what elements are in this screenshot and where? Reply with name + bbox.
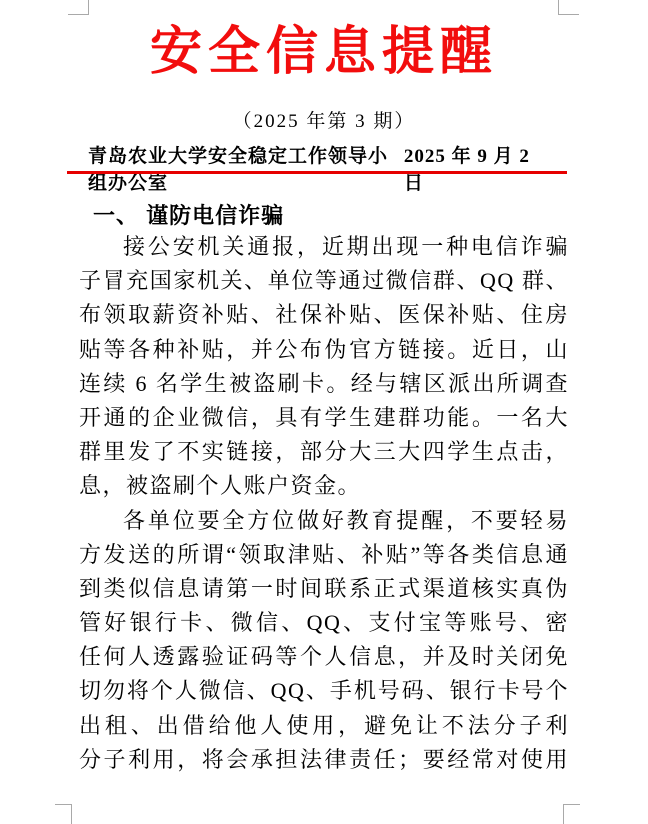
document-title: 安全信息提醒 <box>0 24 648 82</box>
red-divider-rule <box>67 171 567 174</box>
paragraph1-line: 贴等各种补贴，并公布伪官方链接。近日，山东省内高校有 <box>79 333 569 367</box>
document-page: 安全信息提醒 （2025 年第 3 期） 青岛农业大学安全稳定工作领导小组办公室… <box>0 0 648 824</box>
crop-mark-top-left-icon <box>68 0 89 15</box>
section-heading: 一、 谨防电信诈骗 <box>93 202 569 230</box>
crop-mark-bottom-right-icon <box>563 804 580 824</box>
paragraph1-line: 连续 6 名学生被盗刷卡。经与辖区派出所调查了解，系学校 <box>79 367 569 401</box>
issue-number-line: （2025 年第 3 期） <box>0 106 648 133</box>
paragraph1-line: 布领取薪资补贴、社保补贴、医保补贴、住房补贴、交通补 <box>79 298 569 332</box>
paragraph2-line: 方发送的所谓“领取津贴、补贴”等各类信息通知，如果看 <box>79 538 569 572</box>
paragraph1-line: 群里发了不实链接，部分大三大四学生点击，被获取个人信 <box>79 435 569 469</box>
paragraph2-line: 分子利用，将会承担法律责任；要经常对使用的电脑进行病 <box>79 743 569 777</box>
crop-mark-bottom-left-icon <box>55 804 72 824</box>
paragraph2-line: 切勿将个人微信、QQ、手机号码、银行卡号个人信息等严禁 <box>79 674 569 708</box>
masthead-byline: 青岛农业大学安全稳定工作领导小组办公室 2025 年 9 月 2 日 <box>88 141 530 195</box>
paragraph2-line: 出租、出借给他人使用，避免让不法分子利用，一旦被不法 <box>79 709 569 743</box>
issuing-office: 青岛农业大学安全稳定工作领导小组办公室 <box>88 141 404 195</box>
crop-mark-top-right-icon <box>558 0 579 15</box>
paragraph2-line: 各单位要全方位做好教育提醒，不要轻易相信任何非官 <box>79 504 569 538</box>
paragraph1-line: 息，被盗刷个人账户资金。 <box>79 469 569 503</box>
paragraph1-line: 开通的企业微信，具有学生建群功能。一名大一新生建群在 <box>79 401 569 435</box>
paragraph2-line: 管好银行卡、微信、QQ、支付宝等账号、密码，绝不轻易向 <box>79 606 569 640</box>
paragraph1-line: 子冒充国家机关、单位等通过微信群、QQ 群、短信等方式发 <box>79 264 569 298</box>
paragraph1-line: 接公安机关通报，近期出现一种电信诈骗形式：不法分 <box>79 230 569 264</box>
document-body: 一、 谨防电信诈骗 接公安机关通报，近期出现一种电信诈骗形式：不法分 子冒充国家… <box>79 202 569 777</box>
paragraph2-line: 到类似信息请第一时间联系正式渠道核实真伪或报警；要保 <box>79 572 569 606</box>
issue-date: 2025 年 9 月 2 日 <box>404 141 530 195</box>
paragraph2-line: 任何人透露验证码等个人信息，并及时关闭免密支付等设置。 <box>79 640 569 674</box>
